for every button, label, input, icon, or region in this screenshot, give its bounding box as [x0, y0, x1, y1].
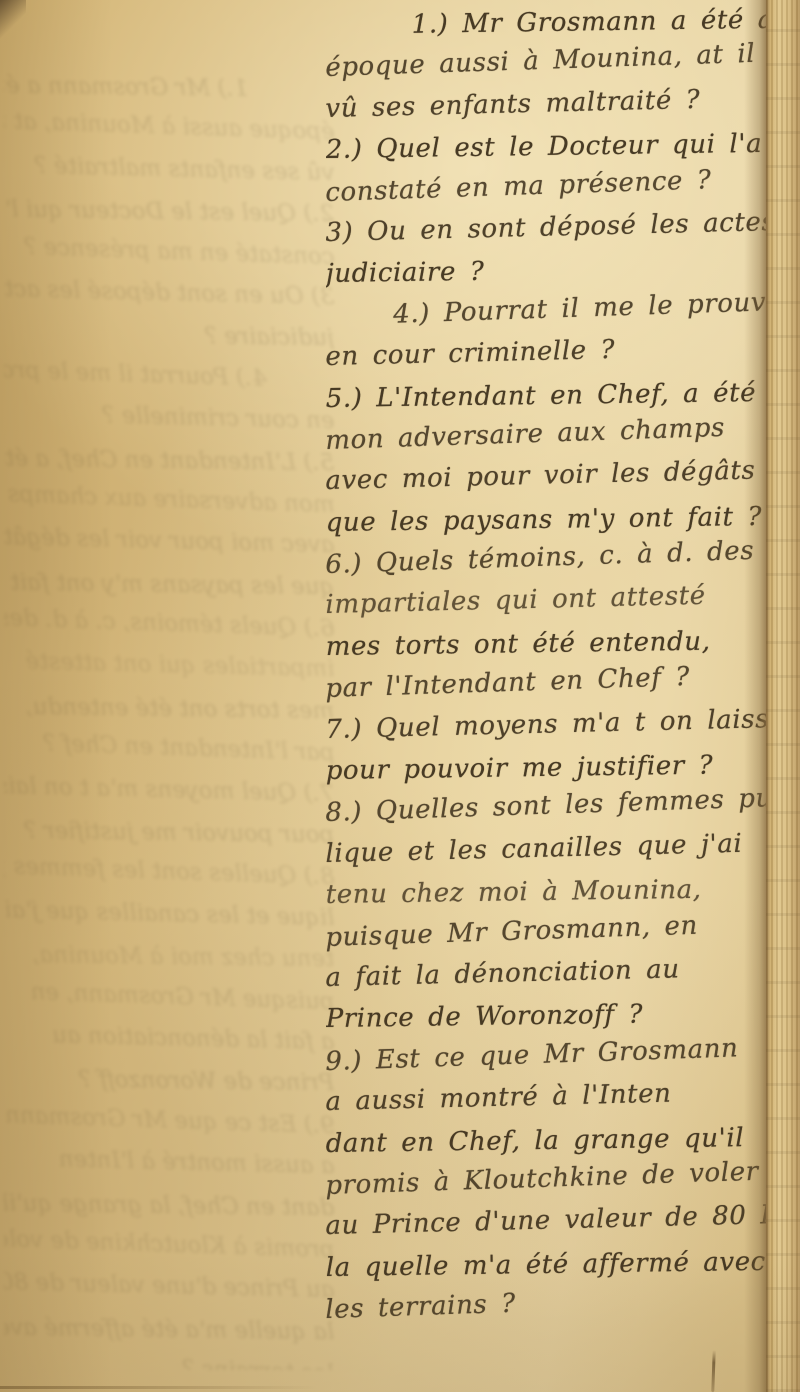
- book-page-stack-edge: [766, 0, 800, 1392]
- manuscript-line: au Prince d'une valeur de 80 Rou: [326, 1196, 766, 1248]
- manuscript-line: avec moi pour voir les dégâts: [326, 451, 766, 503]
- manuscript-line: impartiales qui ont attesté: [326, 575, 766, 627]
- top-left-corner-shadow: [0, 0, 26, 46]
- manuscript-photo: 1.) Mr Grosmann a été a cetteépoque auss…: [0, 0, 800, 1392]
- manuscript-text: 1.) Mr Grosmann a été a cetteépoque auss…: [326, 6, 766, 1366]
- page-bottom-edge: [0, 1386, 318, 1389]
